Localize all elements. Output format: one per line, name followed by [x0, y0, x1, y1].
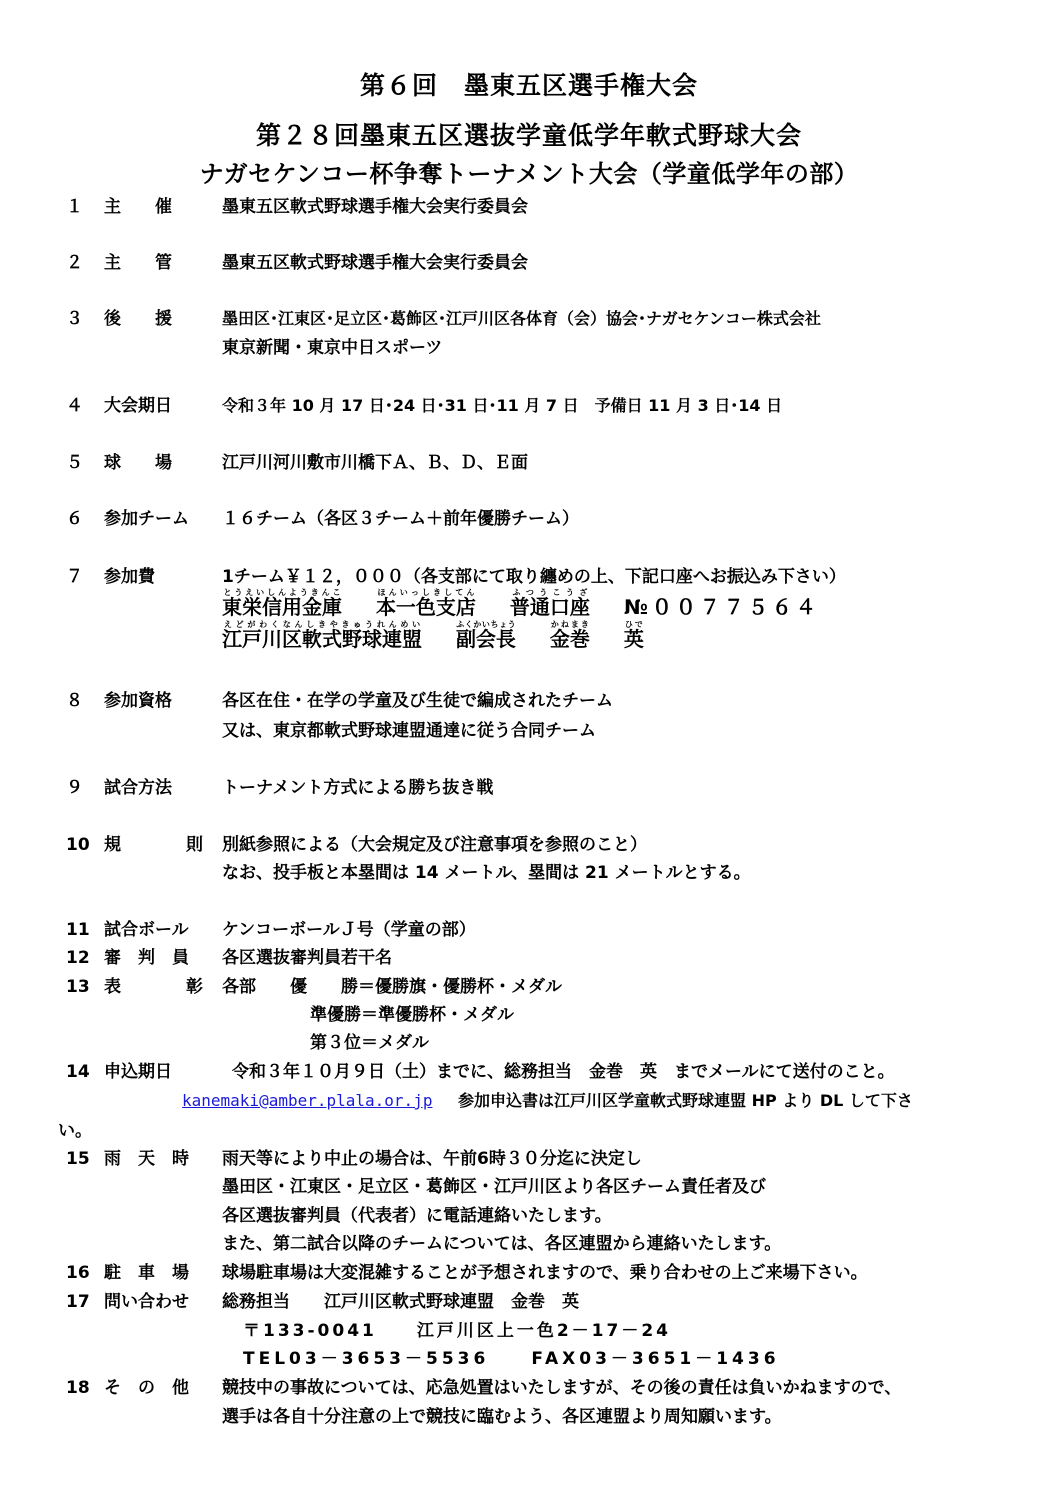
item-8-value-line2: 又は、東京都軟式野球連盟通達に従う合同チーム	[222, 720, 596, 742]
holder-given-name: 英ひで	[624, 627, 644, 651]
account-holder-line: 江戸川区軟式野球連盟えどがわくなんしきやきゅうれんめい 副会長ふくかいちょう 金…	[222, 620, 644, 652]
item-15-value-line4: また、第二試合以降のチームについては、各区連盟から連絡いたします。	[222, 1233, 781, 1255]
item-9-value: トーナメント方式による勝ち抜き戦	[222, 777, 493, 799]
item-13-number: 13	[66, 976, 90, 998]
title-tournament: 第２８回墨東五区選抜学童低学年軟式野球大会	[0, 116, 1058, 152]
item-10-label-b: 則	[186, 834, 203, 856]
item-4-number: ４	[66, 395, 83, 417]
item-18-value-line1: 競技中の事故については、応急処置はいたしますが、その後の責任は負いかねますので、	[222, 1377, 901, 1399]
item-13-value-line1: 各部 優 勝＝優勝旗・優勝杯・メダル	[222, 976, 562, 998]
item-3-value-line1: 墨田区･江東区･足立区･葛飾区･江戸川区各体育（会）協会･ナガセケンコー株式会社	[222, 308, 821, 330]
item-5-label: 球 場	[104, 452, 172, 474]
item-13-value-line3: 第３位＝メダル	[310, 1032, 429, 1054]
item-4-label: 大会期日	[104, 395, 172, 417]
bank-branch: 本一色支店ほんいっしきしてん	[376, 595, 476, 619]
account-number: №００７７５６４	[624, 595, 820, 619]
item-12-number: 12	[66, 947, 90, 969]
item-7-number: ７	[66, 566, 83, 588]
item-2-value: 墨東五区軟式野球選手権大会実行委員会	[222, 252, 528, 274]
email-link[interactable]: kanemaki@amber.plala.or.jp	[182, 1090, 432, 1112]
item-3-label: 後 援	[104, 308, 172, 330]
item-16-label: 駐 車 場	[104, 1262, 189, 1284]
item-17-value-line1: 総務担当 江戸川区軟式野球連盟 金巻 英	[222, 1291, 579, 1313]
item-14-value: 令和３年１０月９日（土）までに、総務担当 金巻 英 までメールにて送付のこと。	[232, 1061, 895, 1083]
holder-family-name: 金巻かねまき	[550, 627, 590, 651]
item-15-number: 15	[66, 1148, 90, 1170]
item-1-value: 墨東五区軟式野球選手権大会実行委員会	[222, 196, 528, 218]
item-7-label: 参加費	[104, 566, 155, 588]
item-16-number: 16	[66, 1262, 90, 1284]
item-6-value: １６チーム（各区３チーム＋前年優勝チーム）	[222, 508, 579, 530]
item-4-value: 令和３年 10 月 17 日･24 日･31 日･11 月 7 日 予備日 11…	[222, 395, 782, 417]
item-9-number: ９	[66, 777, 83, 799]
item-10-value-line1: 別紙参照による（大会規定及び注意事項を参照のこと）	[222, 834, 647, 856]
item-15-label: 雨 天 時	[104, 1148, 189, 1170]
item-11-value: ケンコーボールＪ号（学童の部）	[222, 919, 476, 941]
item-13-label-a: 表	[104, 976, 121, 998]
item-14-wrap: い。	[58, 1120, 92, 1142]
bank-name: 東栄信用金庫とうえいしんようきんこ	[222, 595, 342, 619]
item-11-number: 11	[66, 919, 90, 941]
item-18-value-line2: 選手は各自十分注意の上で競技に臨むよう、各区連盟より周知願います。	[222, 1406, 782, 1428]
item-18-number: 18	[66, 1377, 90, 1399]
holder-role: 副会長ふくかいちょう	[456, 627, 516, 651]
item-7-value: 1チーム￥１２，０００（各支部にて取り纏めの上、下記口座へお振込み下さい）	[222, 566, 846, 588]
bank-account-line: 東栄信用金庫とうえいしんようきんこ 本一色支店ほんいっしきしてん 普通口座ふつう…	[222, 588, 820, 620]
item-2-number: ２	[66, 252, 83, 274]
item-17-phone-fax: TEL03－3653－5536 FAX03－3651－1436	[243, 1348, 780, 1370]
item-13-value-line2: 準優勝＝準優勝杯・メダル	[310, 1004, 514, 1026]
item-9-label: 試合方法	[104, 777, 172, 799]
item-8-label: 参加資格	[104, 690, 172, 712]
item-16-value: 球場駐車場は大変混雑することが予想されますので、乗り合わせの上ご来場下さい。	[222, 1262, 868, 1284]
item-18-label: そ の 他	[104, 1377, 189, 1399]
item-5-value: 江戸川河川敷市川橋下Ａ、Ｂ、Ｄ、Ｅ面	[222, 452, 528, 474]
holder-org: 江戸川区軟式野球連盟えどがわくなんしきやきゅうれんめい	[222, 627, 422, 651]
item-8-value-line1: 各区在住・在学の学童及び生徒で編成されたチーム	[222, 690, 613, 712]
item-6-number: ６	[66, 508, 83, 530]
item-13-label-b: 彰	[186, 976, 203, 998]
item-12-label: 審 判 員	[104, 947, 189, 969]
item-11-label: 試合ボール	[104, 919, 189, 941]
item-17-address: 〒133-0041 江戸川区上一色2－17－24	[243, 1320, 671, 1342]
item-8-number: ８	[66, 690, 83, 712]
item-3-number: ３	[66, 308, 83, 330]
item-6-label: 参加チーム	[104, 508, 189, 530]
account-type: 普通口座ふつうこうざ	[510, 595, 590, 619]
item-1-label: 主 催	[104, 196, 172, 218]
item-10-label-a: 規	[104, 834, 121, 856]
title-championship: 第６回 墨東五区選手権大会	[0, 66, 1058, 102]
item-10-value-line2: なお、投手板と本塁間は 14 メートル、塁間は 21 メートルとする。	[222, 862, 751, 884]
item-12-value: 各区選抜審判員若干名	[222, 947, 392, 969]
item-15-value-line1: 雨天等により中止の場合は、午前6時３０分迄に決定し	[222, 1148, 642, 1170]
item-10-number: 10	[66, 834, 90, 856]
item-17-label: 問い合わせ	[104, 1291, 189, 1313]
item-14-label: 申込期日	[104, 1061, 172, 1083]
item-14-instructions: 参加申込書は江戸川区学童軟式野球連盟 HP より DL して下さ	[458, 1090, 913, 1112]
item-15-value-line3: 各区選抜審判員（代表者）に電話連絡いたします。	[222, 1205, 612, 1227]
title-cup: ナガセケンコー杯争奪トーナメント大会（学童低学年の部）	[0, 154, 1058, 189]
item-17-number: 17	[66, 1291, 90, 1313]
item-1-number: １	[66, 196, 83, 218]
item-2-label: 主 管	[104, 252, 172, 274]
item-3-value-line2: 東京新聞・東京中日スポーツ	[222, 337, 442, 359]
item-14-number: 14	[66, 1061, 90, 1083]
item-15-value-line2: 墨田区・江東区・足立区・葛飾区・江戸川区より各区チーム責任者及び	[222, 1176, 766, 1198]
item-5-number: ５	[66, 452, 83, 474]
